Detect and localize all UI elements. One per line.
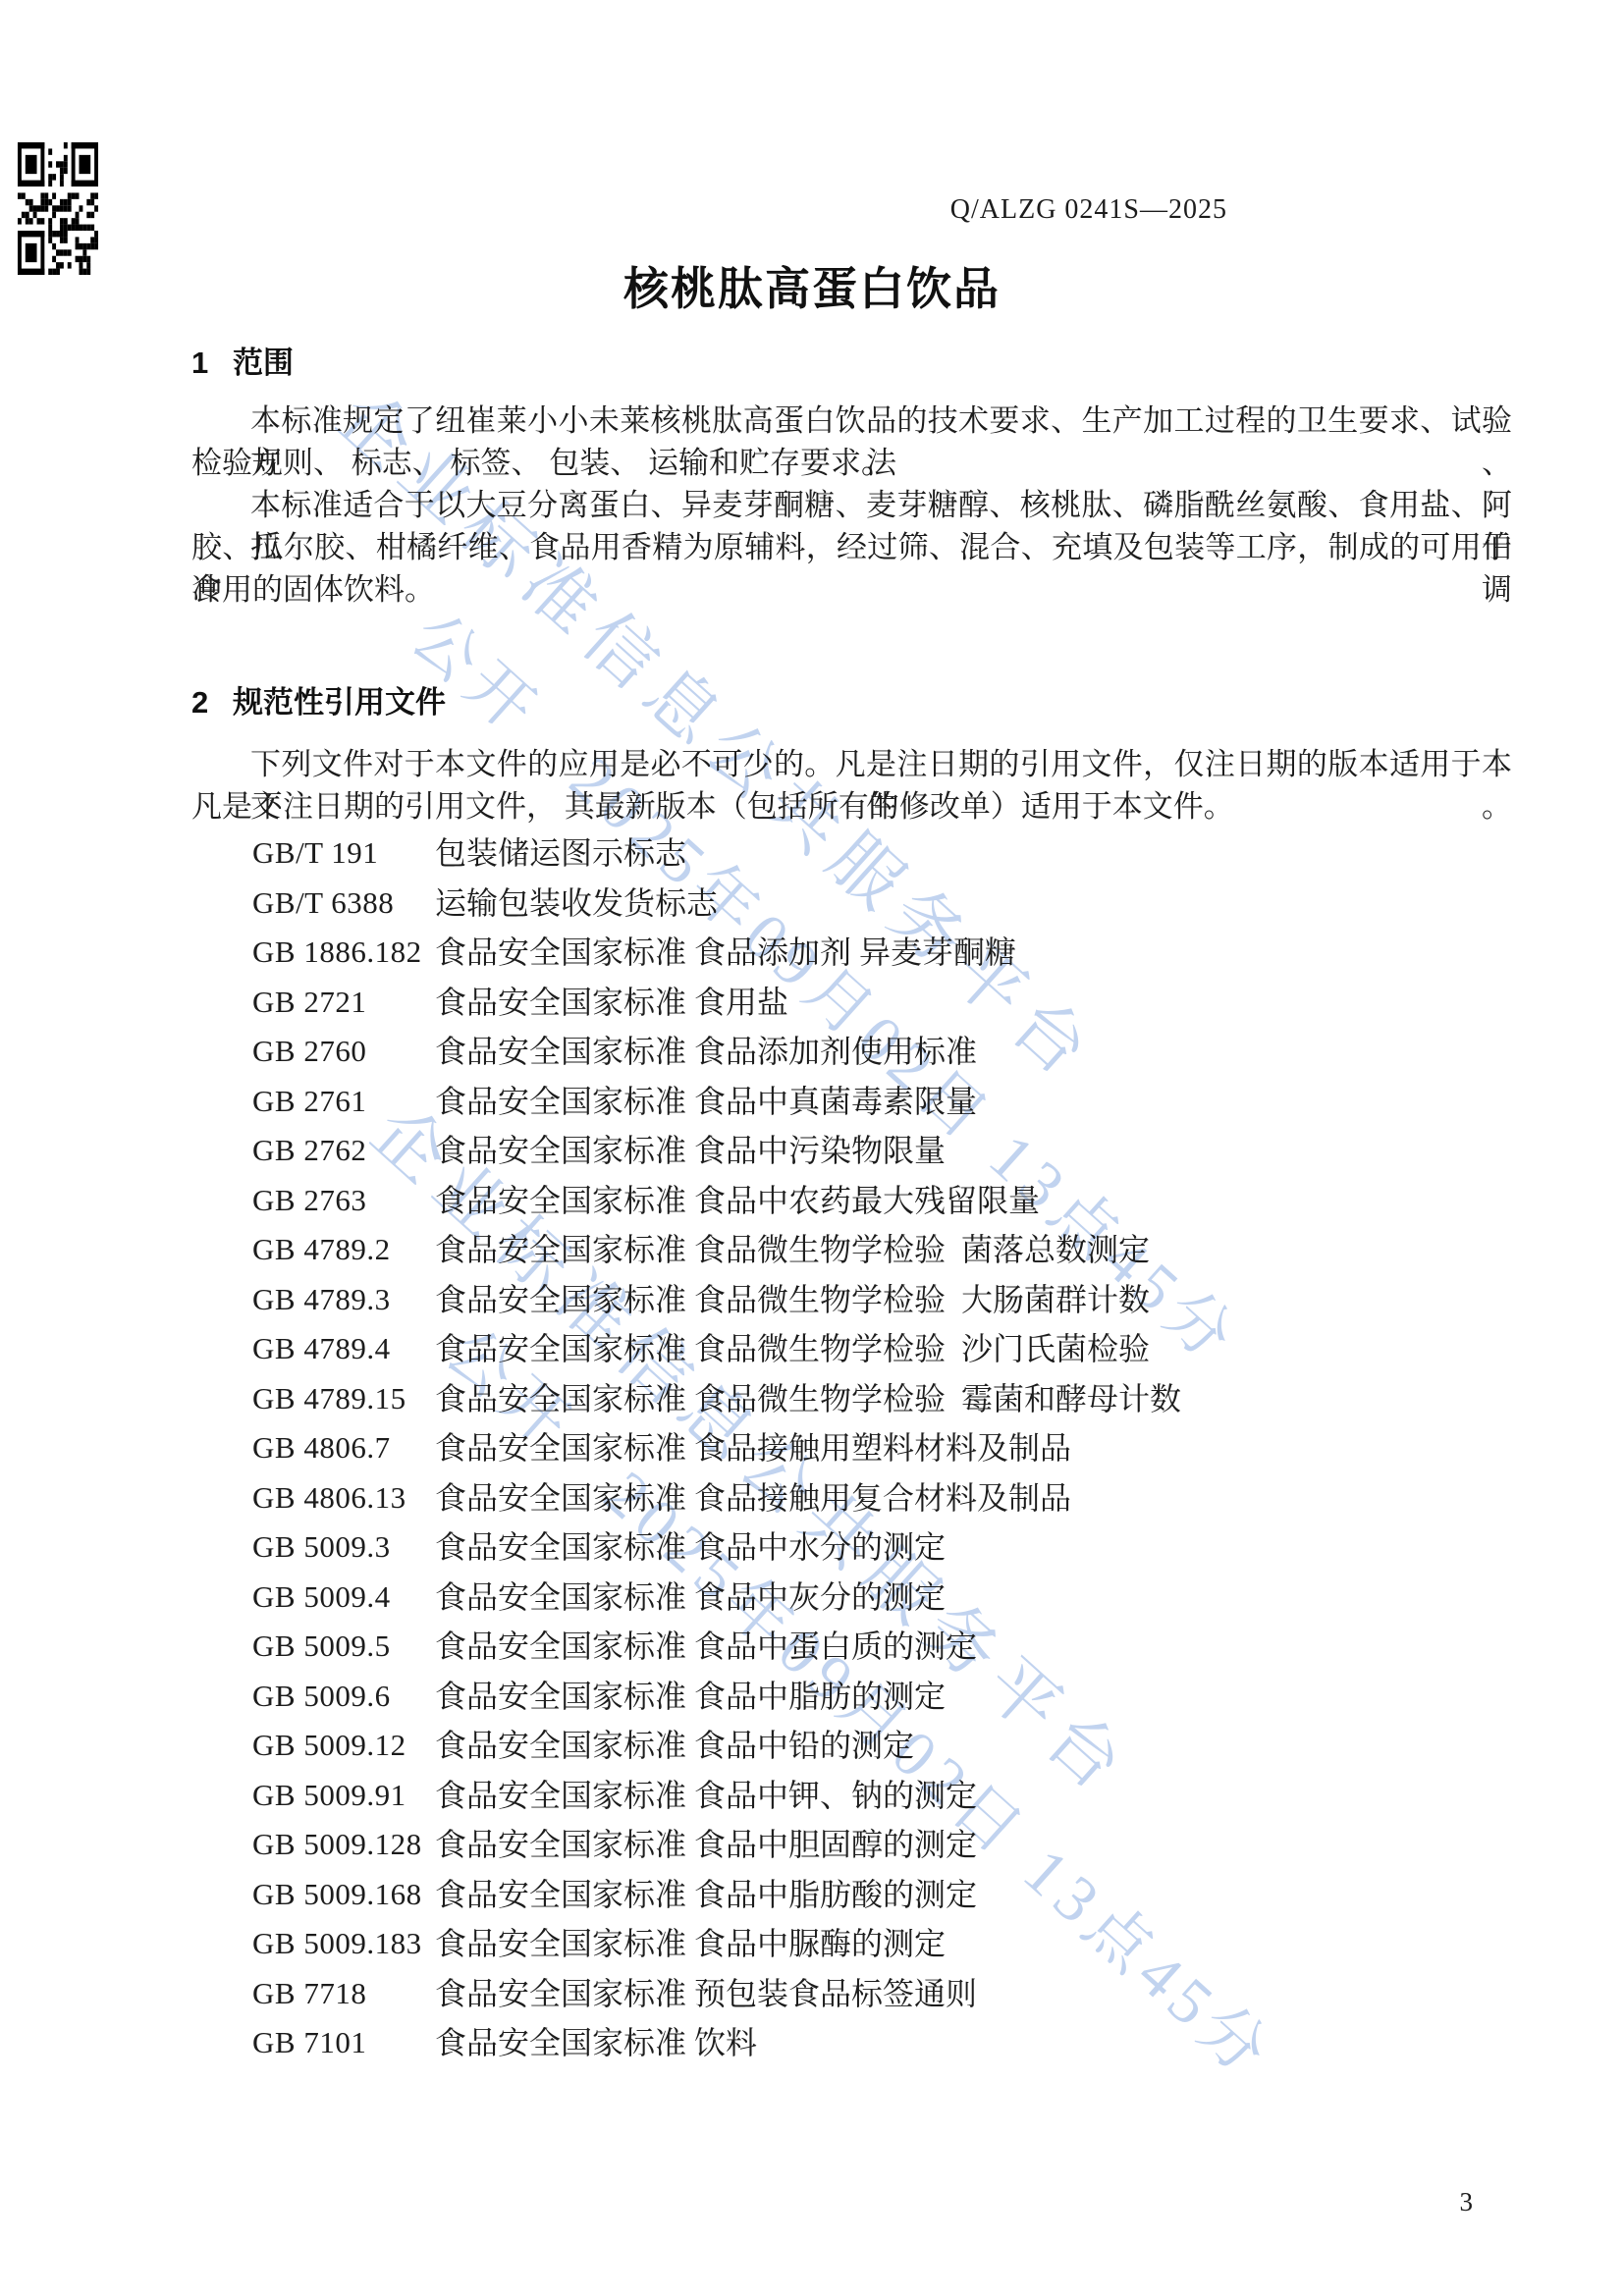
references-intro-line: 下列文件对于本文件的应用是必不可少的。凡是注日期的引用文件，仅注日期的版本适用于…: [191, 743, 1512, 785]
reference-code: GB 7718: [252, 1977, 366, 2010]
reference-code: GB 4806.7: [252, 1431, 391, 1465]
reference-row: GB 5009.168食品安全国家标准 食品中脂肪酸的测定: [191, 1878, 1512, 1911]
reference-code: GB 5009.168: [252, 1878, 422, 1911]
reference-code: GB 2762: [252, 1134, 366, 1167]
reference-title: 食品安全国家标准 食品中脂肪的测定: [435, 1680, 946, 1713]
reference-row: GB 4806.13食品安全国家标准 食品接触用复合材料及制品: [191, 1481, 1512, 1515]
reference-code: GB 4789.15: [252, 1382, 406, 1415]
reference-code: GB 4789.4: [252, 1332, 391, 1365]
reference-title: 运输包装收发货标志: [435, 886, 718, 920]
reference-row: GB 2762食品安全国家标准 食品中污染物限量: [191, 1134, 1512, 1167]
reference-row: GB 5009.4食品安全国家标准 食品中灰分的测定: [191, 1580, 1512, 1614]
reference-row: GB 4789.4食品安全国家标准 食品微生物学检验 沙门氏菌检验: [191, 1332, 1512, 1365]
reference-title: 食品安全国家标准 食品接触用复合材料及制品: [435, 1481, 1071, 1515]
reference-code: GB 2721: [252, 986, 366, 1019]
reference-row: GB 5009.128食品安全国家标准 食品中胆固醇的测定: [191, 1828, 1512, 1861]
reference-row: GB 7718食品安全国家标准 预包装食品标签通则: [191, 1977, 1512, 2010]
scope-paragraph-line: 检验规则、 标志、 标签、 包装、 运输和贮存要求。: [191, 442, 1512, 484]
reference-code: GB 4789.2: [252, 1233, 391, 1266]
reference-code: GB 1886.182: [252, 935, 422, 969]
reference-row: GB 5009.183食品安全国家标准 食品中脲酶的测定: [191, 1927, 1512, 1960]
standard-code: Q/ALZG 0241S—2025: [0, 194, 1227, 226]
document-title: 核桃肽高蛋白饮品: [0, 253, 1624, 318]
reference-row: GB 5009.6食品安全国家标准 食品中脂肪的测定: [191, 1680, 1512, 1713]
reference-title: 食品安全国家标准 预包装食品标签通则: [435, 1977, 977, 2010]
reference-row: GB 2763食品安全国家标准 食品中农药最大残留限量: [191, 1184, 1512, 1217]
reference-row: GB 4789.2食品安全国家标准 食品微生物学检验 菌落总数测定: [191, 1233, 1512, 1266]
page-number: 3: [0, 2187, 1473, 2217]
reference-title: 食品安全国家标准 食品添加剂使用标准: [435, 1035, 977, 1068]
reference-title: 食品安全国家标准 食品中脲酶的测定: [435, 1927, 946, 1960]
reference-code: GB 5009.91: [252, 1779, 406, 1812]
reference-row: GB 2761食品安全国家标准 食品中真菌毒素限量: [191, 1085, 1512, 1118]
reference-row: GB 5009.91食品安全国家标准 食品中钾、钠的测定: [191, 1779, 1512, 1812]
section-number: 2: [191, 685, 233, 721]
reference-code: GB 5009.183: [252, 1927, 422, 1960]
reference-code: GB 7101: [252, 2026, 366, 2059]
section-heading-references: 2规范性引用文件: [191, 677, 1512, 721]
reference-row: GB 2721食品安全国家标准 食用盐: [191, 986, 1512, 1019]
reference-title: 食品安全国家标准 食品微生物学检验 霉菌和酵母计数: [435, 1382, 1181, 1415]
references-intro-line: 凡是不注日期的引用文件， 其最新版本（包括所有的修改单）适用于本文件。: [191, 785, 1512, 828]
reference-title: 食品安全国家标准 食品微生物学检验 菌落总数测定: [435, 1233, 1150, 1266]
reference-row: GB 4806.7食品安全国家标准 食品接触用塑料材料及制品: [191, 1431, 1512, 1465]
reference-row: GB 1886.182食品安全国家标准 食品添加剂 异麦芽酮糖: [191, 935, 1512, 969]
reference-code: GB 5009.4: [252, 1580, 391, 1614]
reference-code: GB 5009.5: [252, 1629, 391, 1663]
reference-code: GB 2761: [252, 1085, 366, 1118]
reference-title: 食品安全国家标准 食品中胆固醇的测定: [435, 1828, 977, 1861]
reference-code: GB 5009.3: [252, 1530, 391, 1564]
section-number: 1: [191, 346, 233, 381]
reference-title: 食品安全国家标准 食品中污染物限量: [435, 1134, 946, 1167]
reference-code: GB 5009.12: [252, 1729, 406, 1762]
scope-paragraph-line: 本标准规定了纽崔莱小小未莱核桃肽高蛋白饮品的技术要求、生产加工过程的卫生要求、试…: [191, 400, 1512, 442]
reference-code: GB/T 6388: [252, 886, 394, 920]
reference-row: GB 5009.5食品安全国家标准 食品中蛋白质的测定: [191, 1629, 1512, 1663]
reference-title: 食品安全国家标准 食品接触用塑料材料及制品: [435, 1431, 1071, 1465]
reference-title: 食品安全国家标准 食用盐: [435, 986, 788, 1019]
reference-title: 食品安全国家标准 食品微生物学检验 沙门氏菌检验: [435, 1332, 1150, 1365]
reference-code: GB 4806.13: [252, 1481, 406, 1515]
reference-title: 食品安全国家标准 食品中灰分的测定: [435, 1580, 946, 1614]
reference-title: 食品安全国家标准 食品微生物学检验 大肠菌群计数: [435, 1283, 1150, 1316]
reference-row: GB 4789.15食品安全国家标准 食品微生物学检验 霉菌和酵母计数: [191, 1382, 1512, 1415]
reference-row: GB 2760食品安全国家标准 食品添加剂使用标准: [191, 1035, 1512, 1068]
section-title: 规范性引用文件: [233, 685, 446, 720]
reference-code: GB 4789.3: [252, 1283, 391, 1316]
reference-code: GB/T 191: [252, 836, 378, 870]
reference-title: 食品安全国家标准 食品中水分的测定: [435, 1530, 946, 1564]
reference-title: 食品安全国家标准 食品中蛋白质的测定: [435, 1629, 977, 1663]
reference-row: GB 5009.12食品安全国家标准 食品中铅的测定: [191, 1729, 1512, 1762]
reference-code: GB 2763: [252, 1184, 366, 1217]
reference-row: GB 5009.3食品安全国家标准 食品中水分的测定: [191, 1530, 1512, 1564]
scope-paragraph-line: 食用的固体饮料。: [191, 568, 1512, 611]
reference-title: 食品安全国家标准 食品中钾、钠的测定: [435, 1779, 977, 1812]
section-heading-scope: 1范围: [191, 338, 1512, 382]
reference-code: GB 5009.128: [252, 1828, 422, 1861]
reference-title: 包装储运图示标志: [435, 836, 686, 870]
scope-paragraph-line: 胶、瓜尔胶、柑橘纤维、食品用香精为原辅料，经过筛、混合、充填及包装等工序，制成的…: [191, 526, 1512, 568]
reference-row: GB/T 191包装储运图示标志: [191, 836, 1512, 870]
content-layer: Q/ALZG 0241S—2025 核桃肽高蛋白饮品 1范围 本标准规定了纽崔莱…: [0, 0, 1624, 2296]
reference-code: GB 5009.6: [252, 1680, 391, 1713]
reference-row: GB 4789.3食品安全国家标准 食品微生物学检验 大肠菌群计数: [191, 1283, 1512, 1316]
reference-title: 食品安全国家标准 食品中脂肪酸的测定: [435, 1878, 977, 1911]
reference-title: 食品安全国家标准 食品中真菌毒素限量: [435, 1085, 977, 1118]
document-page: 企业标准信息公共服务平台 公开2025年09月02日 13点45分 企业标准信息…: [0, 0, 1624, 2296]
reference-title: 食品安全国家标准 饮料: [435, 2026, 757, 2059]
reference-row: GB/T 6388运输包装收发货标志: [191, 886, 1512, 920]
reference-row: GB 7101食品安全国家标准 饮料: [191, 2026, 1512, 2059]
section-title: 范围: [233, 346, 294, 380]
reference-title: 食品安全国家标准 食品中铅的测定: [435, 1729, 914, 1762]
reference-title: 食品安全国家标准 食品中农药最大残留限量: [435, 1184, 1040, 1217]
reference-code: GB 2760: [252, 1035, 366, 1068]
reference-title: 食品安全国家标准 食品添加剂 异麦芽酮糖: [435, 935, 1016, 969]
scope-paragraph-line: 本标准适合于以大豆分离蛋白、异麦芽酮糖、麦芽糖醇、核桃肽、磷脂酰丝氨酸、食用盐、…: [191, 484, 1512, 526]
